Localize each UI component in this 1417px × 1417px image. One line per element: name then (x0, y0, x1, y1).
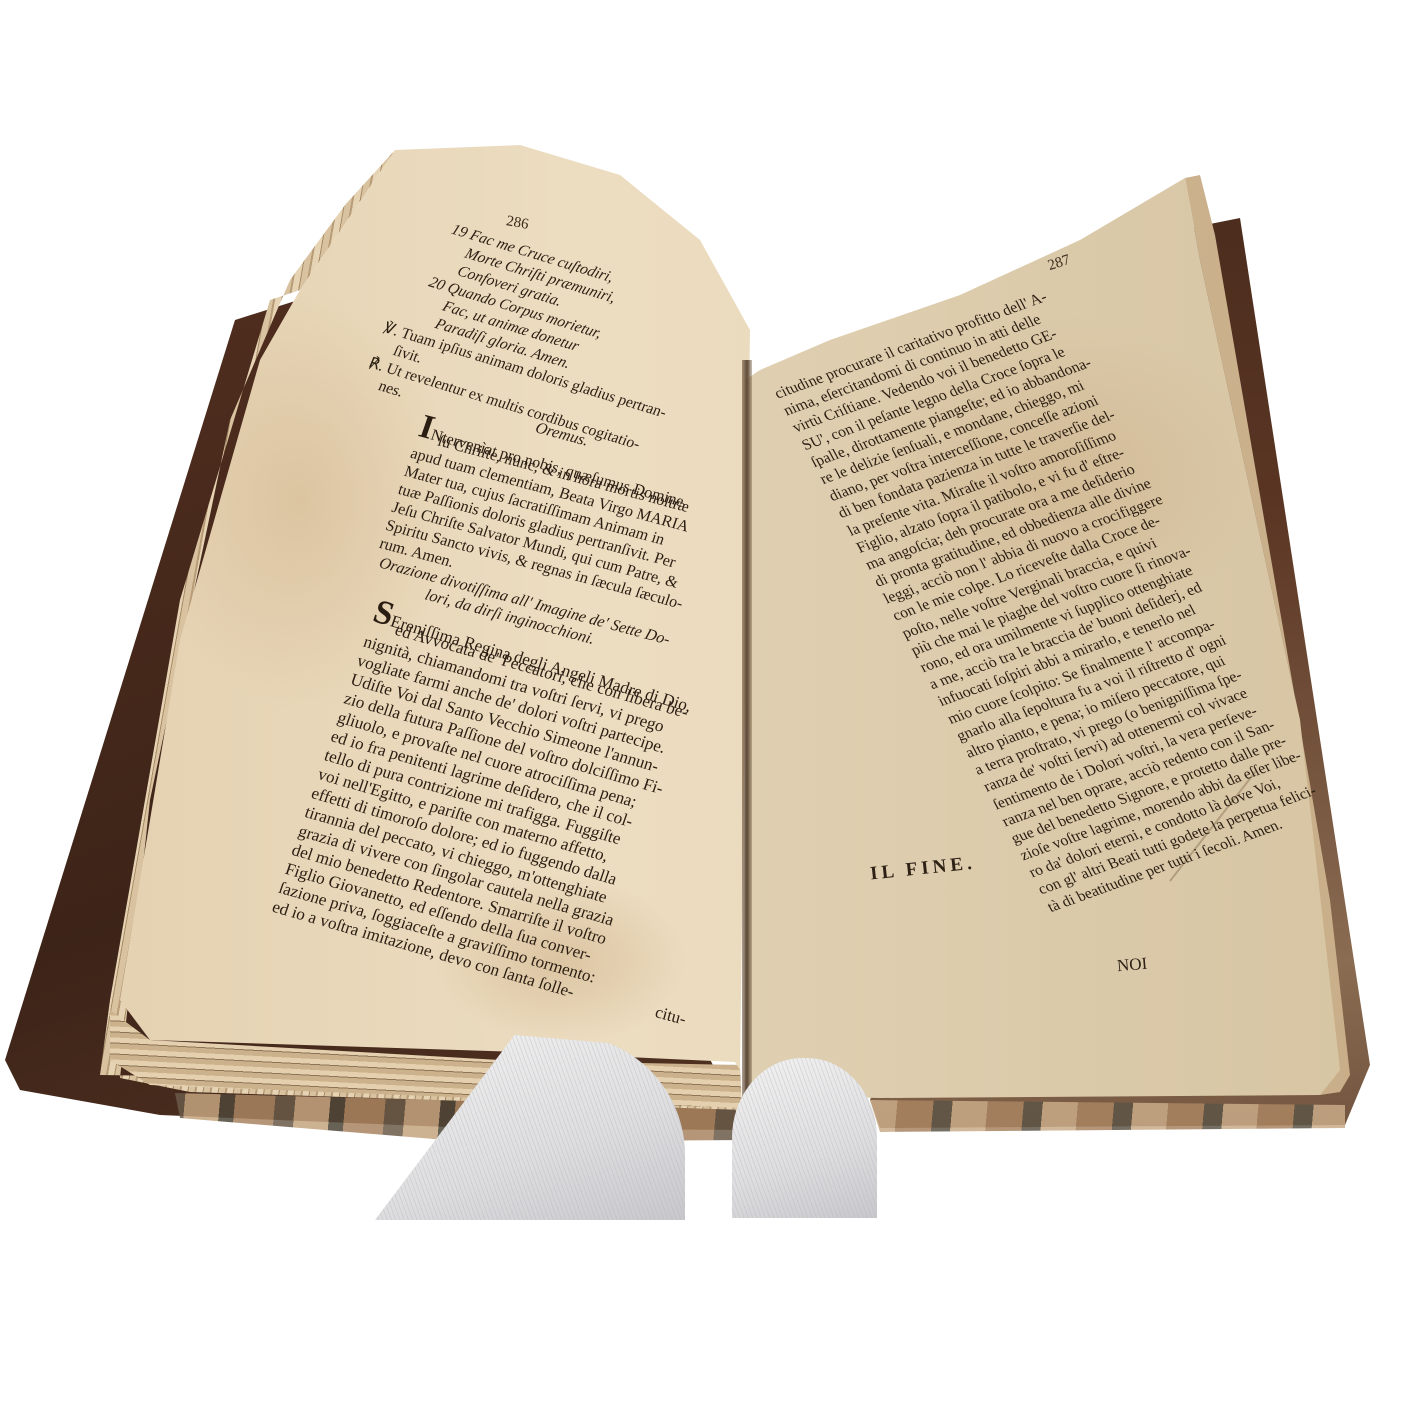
book-photo-scene: 286 19 Fac me Cruce cuſtodiri, Morte Chr… (0, 0, 1417, 1417)
book-gutter (742, 360, 752, 1100)
gloved-thumb-right (732, 1058, 877, 1218)
catchword-right: NOI (1116, 954, 1148, 977)
page-number-left: 286 (505, 213, 530, 234)
